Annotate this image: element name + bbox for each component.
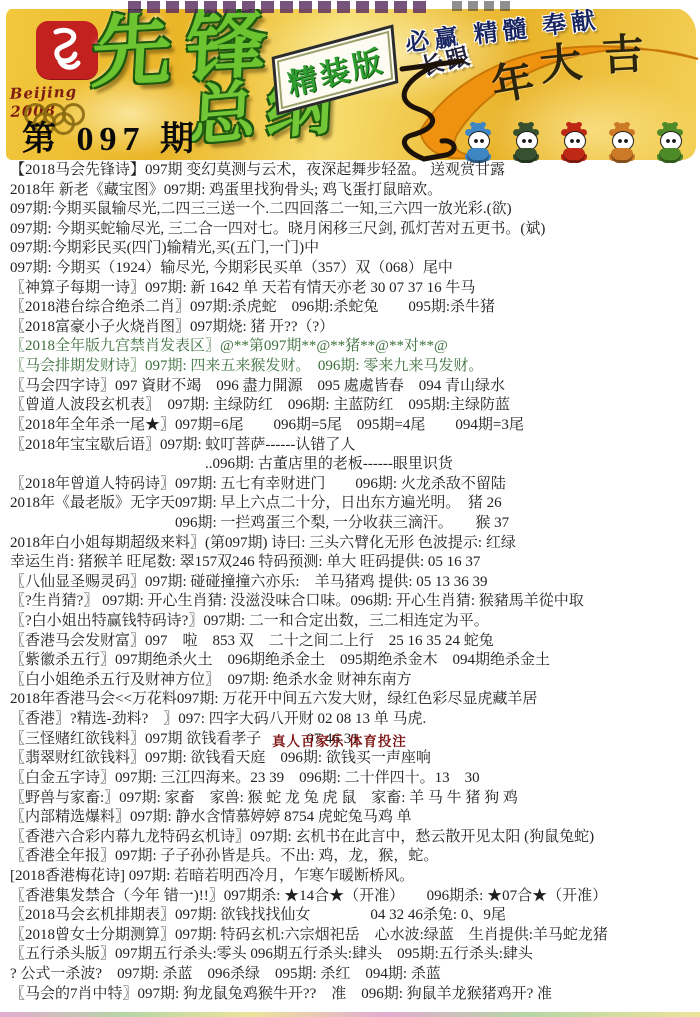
text-line: 2018年香港马会<<万花料097期: 万花开中间五六发大财，绿红色彩尽显虎藏羊… <box>10 690 698 710</box>
swoosh-char: 年 <box>489 60 538 109</box>
text-line: 〖2018年全年杀一尾★〗097期=6尾 096期=5尾 095期=4尾 094… <box>10 416 698 436</box>
fuwa-beibei-icon <box>458 121 498 165</box>
text-line: 〖香港〗?精选-劲料? 〗097: 四字大码八开财 02 08 13 单 马虎. <box>10 710 698 730</box>
text-line: 〖2018年曾道人特码诗〗097期: 五七有幸财进门 096期: 火龙杀敌不留陆 <box>10 475 698 495</box>
text-line: ..096期: 古董店里的老板------眼里识货 <box>10 455 698 475</box>
fuwa-huanhuan-icon <box>554 121 594 165</box>
text-line: 〖神算子每期一诗〗097期: 新 1642 单 天若有情天亦老 30 07 37… <box>10 279 698 299</box>
text-line: 〖?白小姐出特赢钱特码诗?〗097期: 二一和合定出数，三二相连定为平。 <box>10 612 698 632</box>
text-line: 〖八仙显圣赐灵码〗097期: 碰碰撞撞六亦乐: 羊马猪鸡 提供: 05 13 3… <box>10 573 698 593</box>
text-line: 〖2018富豪小子火烧肖图〗097期烧: 猪 开??（?） <box>10 318 698 338</box>
text-line: 〖2018曾女士分期测算〗097期: 特码玄机:六宗烟祀岳 心水波:绿蓝 生肖提… <box>10 926 698 946</box>
text-line: 2018年白小姐每期超级来料〗(第097期) 诗曰: 三头六臂化无形 色波提示:… <box>10 534 698 554</box>
text-line: 〖野兽与家畜:〗097期: 家畜 家兽: 猴 蛇 龙 兔 虎 鼠 家畜: 羊 马… <box>10 789 698 809</box>
text-line: 〖香港全年报〗097期: 子子孙孙皆是兵。不出: 鸡，龙，猴，蛇。 <box>10 847 698 867</box>
bottom-color-strip <box>0 1012 700 1017</box>
text-line: 〖2018年宝宝歇后语〗097期: 蚊叮菩萨------认错了人 <box>10 436 698 456</box>
text-line: 〖白小姐绝杀五行及财神方位〗 097期: 绝杀水金 财神东南方 <box>10 671 698 691</box>
fuwa-nini-icon <box>650 121 690 165</box>
text-line: 〖五行杀头版〗097期五行杀头:零头 096期五行杀头:肆头 095期:五行杀头… <box>10 945 698 965</box>
fuwa-yingying-icon <box>602 121 642 165</box>
text-line: 幸运生肖: 猪猴羊 旺尾数: 翠157双246 特码预测: 单大 旺码提供: 0… <box>10 553 698 573</box>
text-line: 〖香港马会发财富〗097 啦 853 双 二十之间二上行 25 16 35 24… <box>10 632 698 652</box>
text-line: 〖紫徽杀五行〗097期绝杀火土 096期绝杀金土 095期绝杀金木 094期绝杀… <box>10 651 698 671</box>
beijing-2008-emblem-icon <box>36 21 98 79</box>
text-line: 〖曾道人波段玄机表〗 097期: 主绿防红 096期: 主蓝防红 095期:主绿… <box>10 396 698 416</box>
text-line: 〖香港集发禁合（今年 错一)!!〗097期杀: ★14合★（开准） 096期杀:… <box>10 887 698 907</box>
top-white-strip <box>0 0 700 9</box>
text-line: 097期:今期买鼠输尽光,二四三三送一个.二四回落二一知,三六四一放光彩.(欲) <box>10 200 698 220</box>
text-line: 〖马会排期发财诗〗097期: 四来五来猴发财。 096期: 零来九来马发财。 <box>10 357 698 377</box>
obscured-text-fragment <box>452 1 512 11</box>
tip-lines-list: 【2018马会先锋诗】097期 变幻莫测与云术，夜深起舞步轻盈。 送观赏甘露20… <box>10 161 698 1004</box>
text-line: [2018香港梅花诗] 097期: 若暗若明西冷月，乍寒乍暖断桥风。 <box>10 867 698 887</box>
text-line: 〖内部精选爆料〗097期: 静水含情慕婷婷 8754 虎蛇兔马鸡 单 <box>10 808 698 828</box>
fuwa-jingjing-icon <box>506 121 546 165</box>
fuwa-mascots-row <box>458 121 690 165</box>
text-line: 2018年 新老《藏宝图》097期: 鸡蛋里找狗骨头; 鸡飞蛋打鼠暗欢。 <box>10 181 698 201</box>
text-line: 〖2018港台综合绝杀二肖〗097期:杀虎蛇 096期:杀蛇兔 095期:杀牛猪 <box>10 298 698 318</box>
issue-number: 第 097 期 <box>22 111 200 160</box>
text-line: 【2018马会先锋诗】097期 变幻莫测与云术，夜深起舞步轻盈。 送观赏甘露 <box>10 161 698 181</box>
swoosh-char: 大 <box>538 42 584 88</box>
text-line: 2018年《最老版》无字天097期: 早上六点二十分，日出东方遍光明。 猪 26 <box>10 494 698 514</box>
text-line: 〖2018全年版九宫禁肖发表区〗@**第097期**@**猪**@**对**@ <box>10 337 698 357</box>
text-line: 〖白金五字诗〗097期: 三江四海来。23 39 096期: 二十伴四十。13 … <box>10 769 698 789</box>
edition-badge-label: 精装版 <box>283 36 387 105</box>
text-line: 096期: 一拦鸡蛋三个梨, 一分收获三滴汗。 猴 37 <box>10 514 698 534</box>
swoosh-char: 吉 <box>601 34 645 78</box>
text-line: 〖?生肖猜?〗 097期: 开心生肖猜: 没滋没味合口味。096期: 开心生肖猜… <box>10 592 698 612</box>
tip-sheet-page: { "header": { "emblem": { "script": "Bei… <box>0 0 700 1017</box>
text-line: 〖2018马会玄机排期表〗097期: 欲钱找找仙女 04 32 46杀兔: 0、… <box>10 906 698 926</box>
header-banner: Beijing 2008 先锋 总纲 精装版 第 097 期 必赢 精髓 奉献 … <box>6 7 696 160</box>
text-line: 〖翡翠财红欲钱料〗097期: 欲钱看天庭 096期: 欲钱买一声座响 <box>10 749 698 769</box>
text-line: 〖马会四字诗〗097 資財不竭 096 盡力開源 095 處處皆春 094 青山… <box>10 377 698 397</box>
dancing-figure-icon <box>42 25 92 75</box>
obscured-text-fragment <box>128 1 428 13</box>
text-line: ? 公式一杀波? 097期: 杀蓝 096杀绿 095期: 杀红 094期: 杀… <box>10 965 698 985</box>
text-line: 097期: 今期买（1924）输尽光, 今期彩民买单（357）双（068）尾中 <box>10 259 698 279</box>
text-line: 097期: 今期买蛇输尽光, 三二合一四对七。晓月闲移三尺剑, 孤灯苦对五更书。… <box>10 220 698 240</box>
watermark-text: 真人百家乐 体育投注 <box>272 730 407 750</box>
text-line: 097期:今期彩民买(四门)输精光,买(五门,一门)中 <box>10 239 698 259</box>
text-line: 〖马会的7肖中特〗097期: 狗龙鼠兔鸡猴牛开?? 准 096期: 狗鼠羊龙猴猪… <box>10 985 698 1005</box>
text-line: 〖香港六合彩内幕九龙特码玄机诗〗097期: 玄机书在此言中，愁云散开见太阳 (狗… <box>10 828 698 848</box>
